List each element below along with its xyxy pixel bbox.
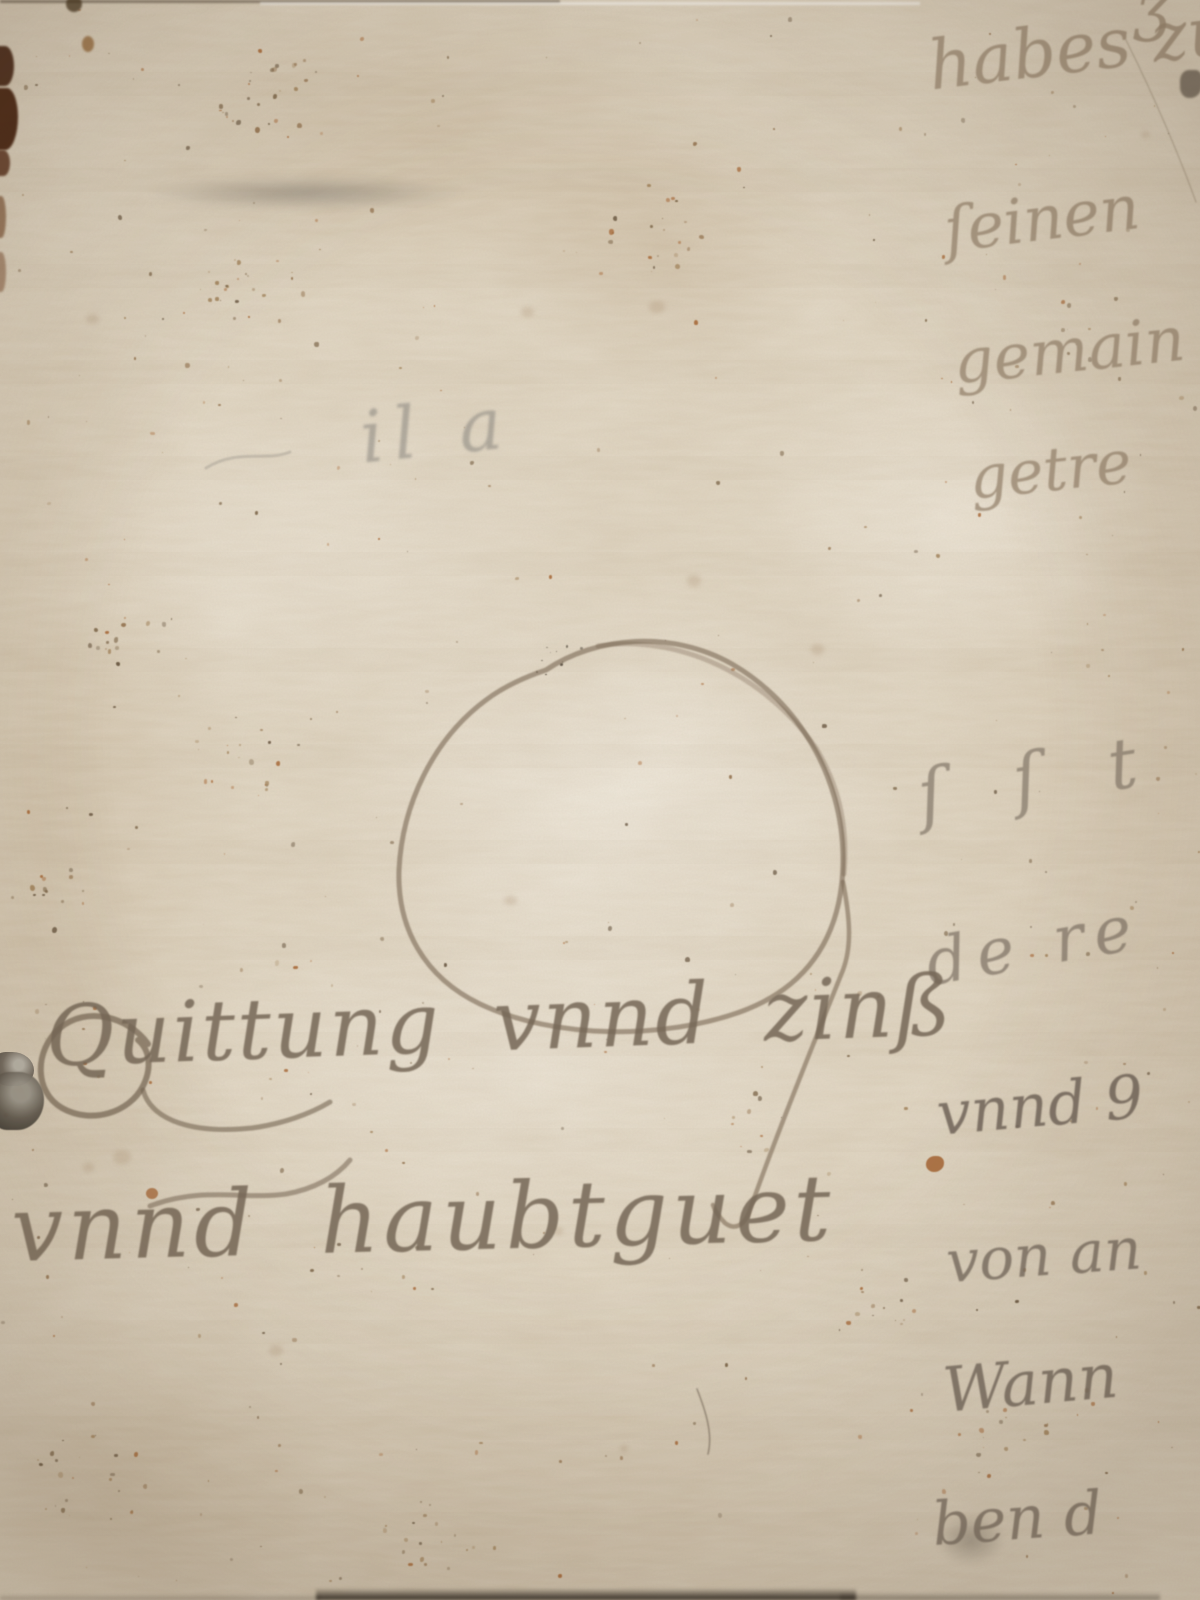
photo-vignette [0,0,1200,1600]
manuscript-photo: ʒ habes zů ſeinen gemain getre ſ ſ t R d… [0,0,1200,1600]
